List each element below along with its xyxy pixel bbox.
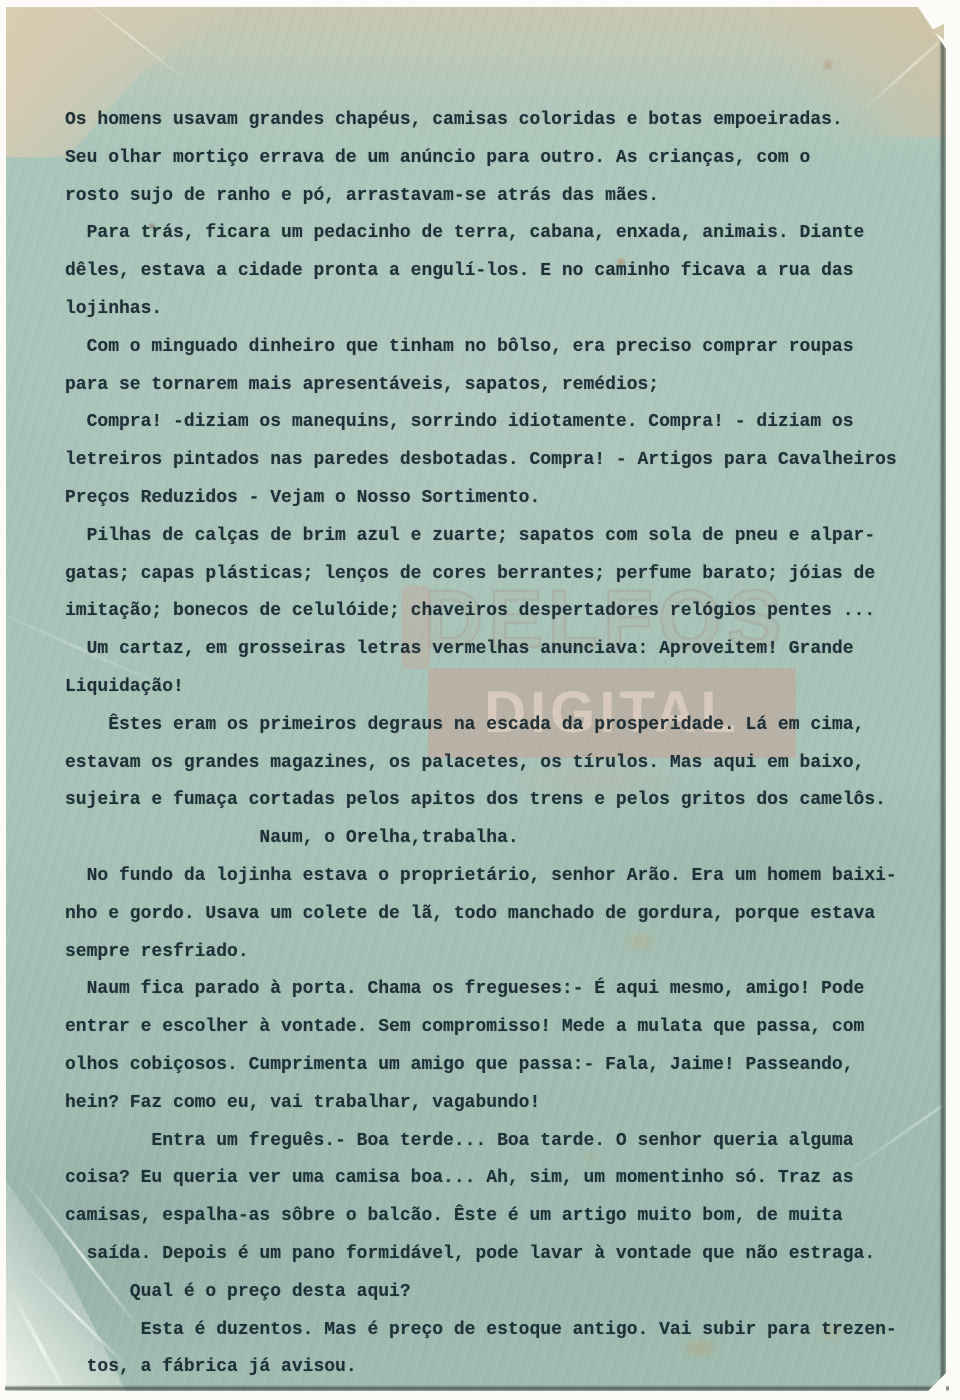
typewritten-line: Liquidação! xyxy=(65,669,897,707)
typewritten-line: saída. Depois é um pano formidável, pode… xyxy=(65,1236,897,1274)
typewritten-line: entrar e escolher à vontade. Sem comprom… xyxy=(65,1009,897,1047)
typewritten-line: Naum, o Orelha,trabalha. xyxy=(65,820,897,858)
scan-edge-shadow-bottom xyxy=(5,1385,949,1391)
typewritten-line: coisa? Eu queria ver uma camisa boa... A… xyxy=(65,1160,897,1198)
typewritten-line: imitação; bonecos de celulóide; chaveiro… xyxy=(65,593,897,631)
typewritten-line: Entra um freguês.- Boa terde... Boa tard… xyxy=(65,1123,897,1161)
typewritten-line: estavam os grandes magazines, os palacet… xyxy=(65,745,897,783)
typewritten-line: Pilhas de calças de brim azul e zuarte; … xyxy=(65,518,897,556)
typewritten-line: sujeira e fumaça cortadas pelos apitos d… xyxy=(65,782,897,820)
typewritten-line: dêles, estava a cidade pronta a engulí-l… xyxy=(65,253,897,291)
typewritten-line: Naum fica parado à porta. Chama os fregu… xyxy=(65,971,897,1009)
typewritten-line: hein? Faz como eu, vai trabalhar, vagabu… xyxy=(65,1085,897,1123)
typewritten-line: No fundo da lojinha estava o proprietári… xyxy=(65,858,897,896)
scanned-document: DELFOS DIGITAL Os homens usavam grandes … xyxy=(0,0,960,1400)
typewritten-line: nho e gordo. Usava um colete de lã, todo… xyxy=(65,896,897,934)
typewritten-line: Um cartaz, em grosseiras letras vermelha… xyxy=(65,631,897,669)
typewritten-line: Com o minguado dinheiro que tinham no bô… xyxy=(65,329,897,367)
typewritten-line: lojinhas. xyxy=(65,291,897,329)
typewritten-line: camisas, espalha-as sôbre o balcão. Êste… xyxy=(65,1198,897,1236)
typewritten-line: Preços Reduzidos - Vejam o Nosso Sortime… xyxy=(65,480,897,518)
typewritten-line: para se tornarem mais apresentáveis, sap… xyxy=(65,367,897,405)
typewritten-line: sempre resfriado. xyxy=(65,934,897,972)
typewritten-line: letreiros pintados nas paredes desbotada… xyxy=(65,442,897,480)
typewritten-line: Para trás, ficara um pedacinho de terra,… xyxy=(65,215,897,253)
typewritten-text: Os homens usavam grandes chapéus, camisa… xyxy=(65,102,897,1387)
typewritten-line: Qual é o preço desta aqui? xyxy=(65,1274,897,1312)
typewritten-line: olhos cobiçosos. Cumprimenta um amigo qu… xyxy=(65,1047,897,1085)
typewritten-line: Compra! -diziam os manequins, sorrindo i… xyxy=(65,404,897,442)
typewritten-line: gatas; capas plásticas; lenços de cores … xyxy=(65,556,897,594)
typewritten-line: Seu olhar mortiço errava de um anúncio p… xyxy=(65,140,897,178)
scan-edge-shadow-right xyxy=(939,22,946,1380)
typewritten-line: rosto sujo de ranho e pó, arrastavam-se … xyxy=(65,178,897,216)
typewritten-line: tos, a fábrica já avisou. xyxy=(65,1349,897,1387)
typewritten-line: Os homens usavam grandes chapéus, camisa… xyxy=(65,102,897,140)
typewritten-line: Êstes eram os primeiros degraus na escad… xyxy=(65,707,897,745)
typewritten-line: Esta é duzentos. Mas é preço de estoque … xyxy=(65,1312,897,1350)
